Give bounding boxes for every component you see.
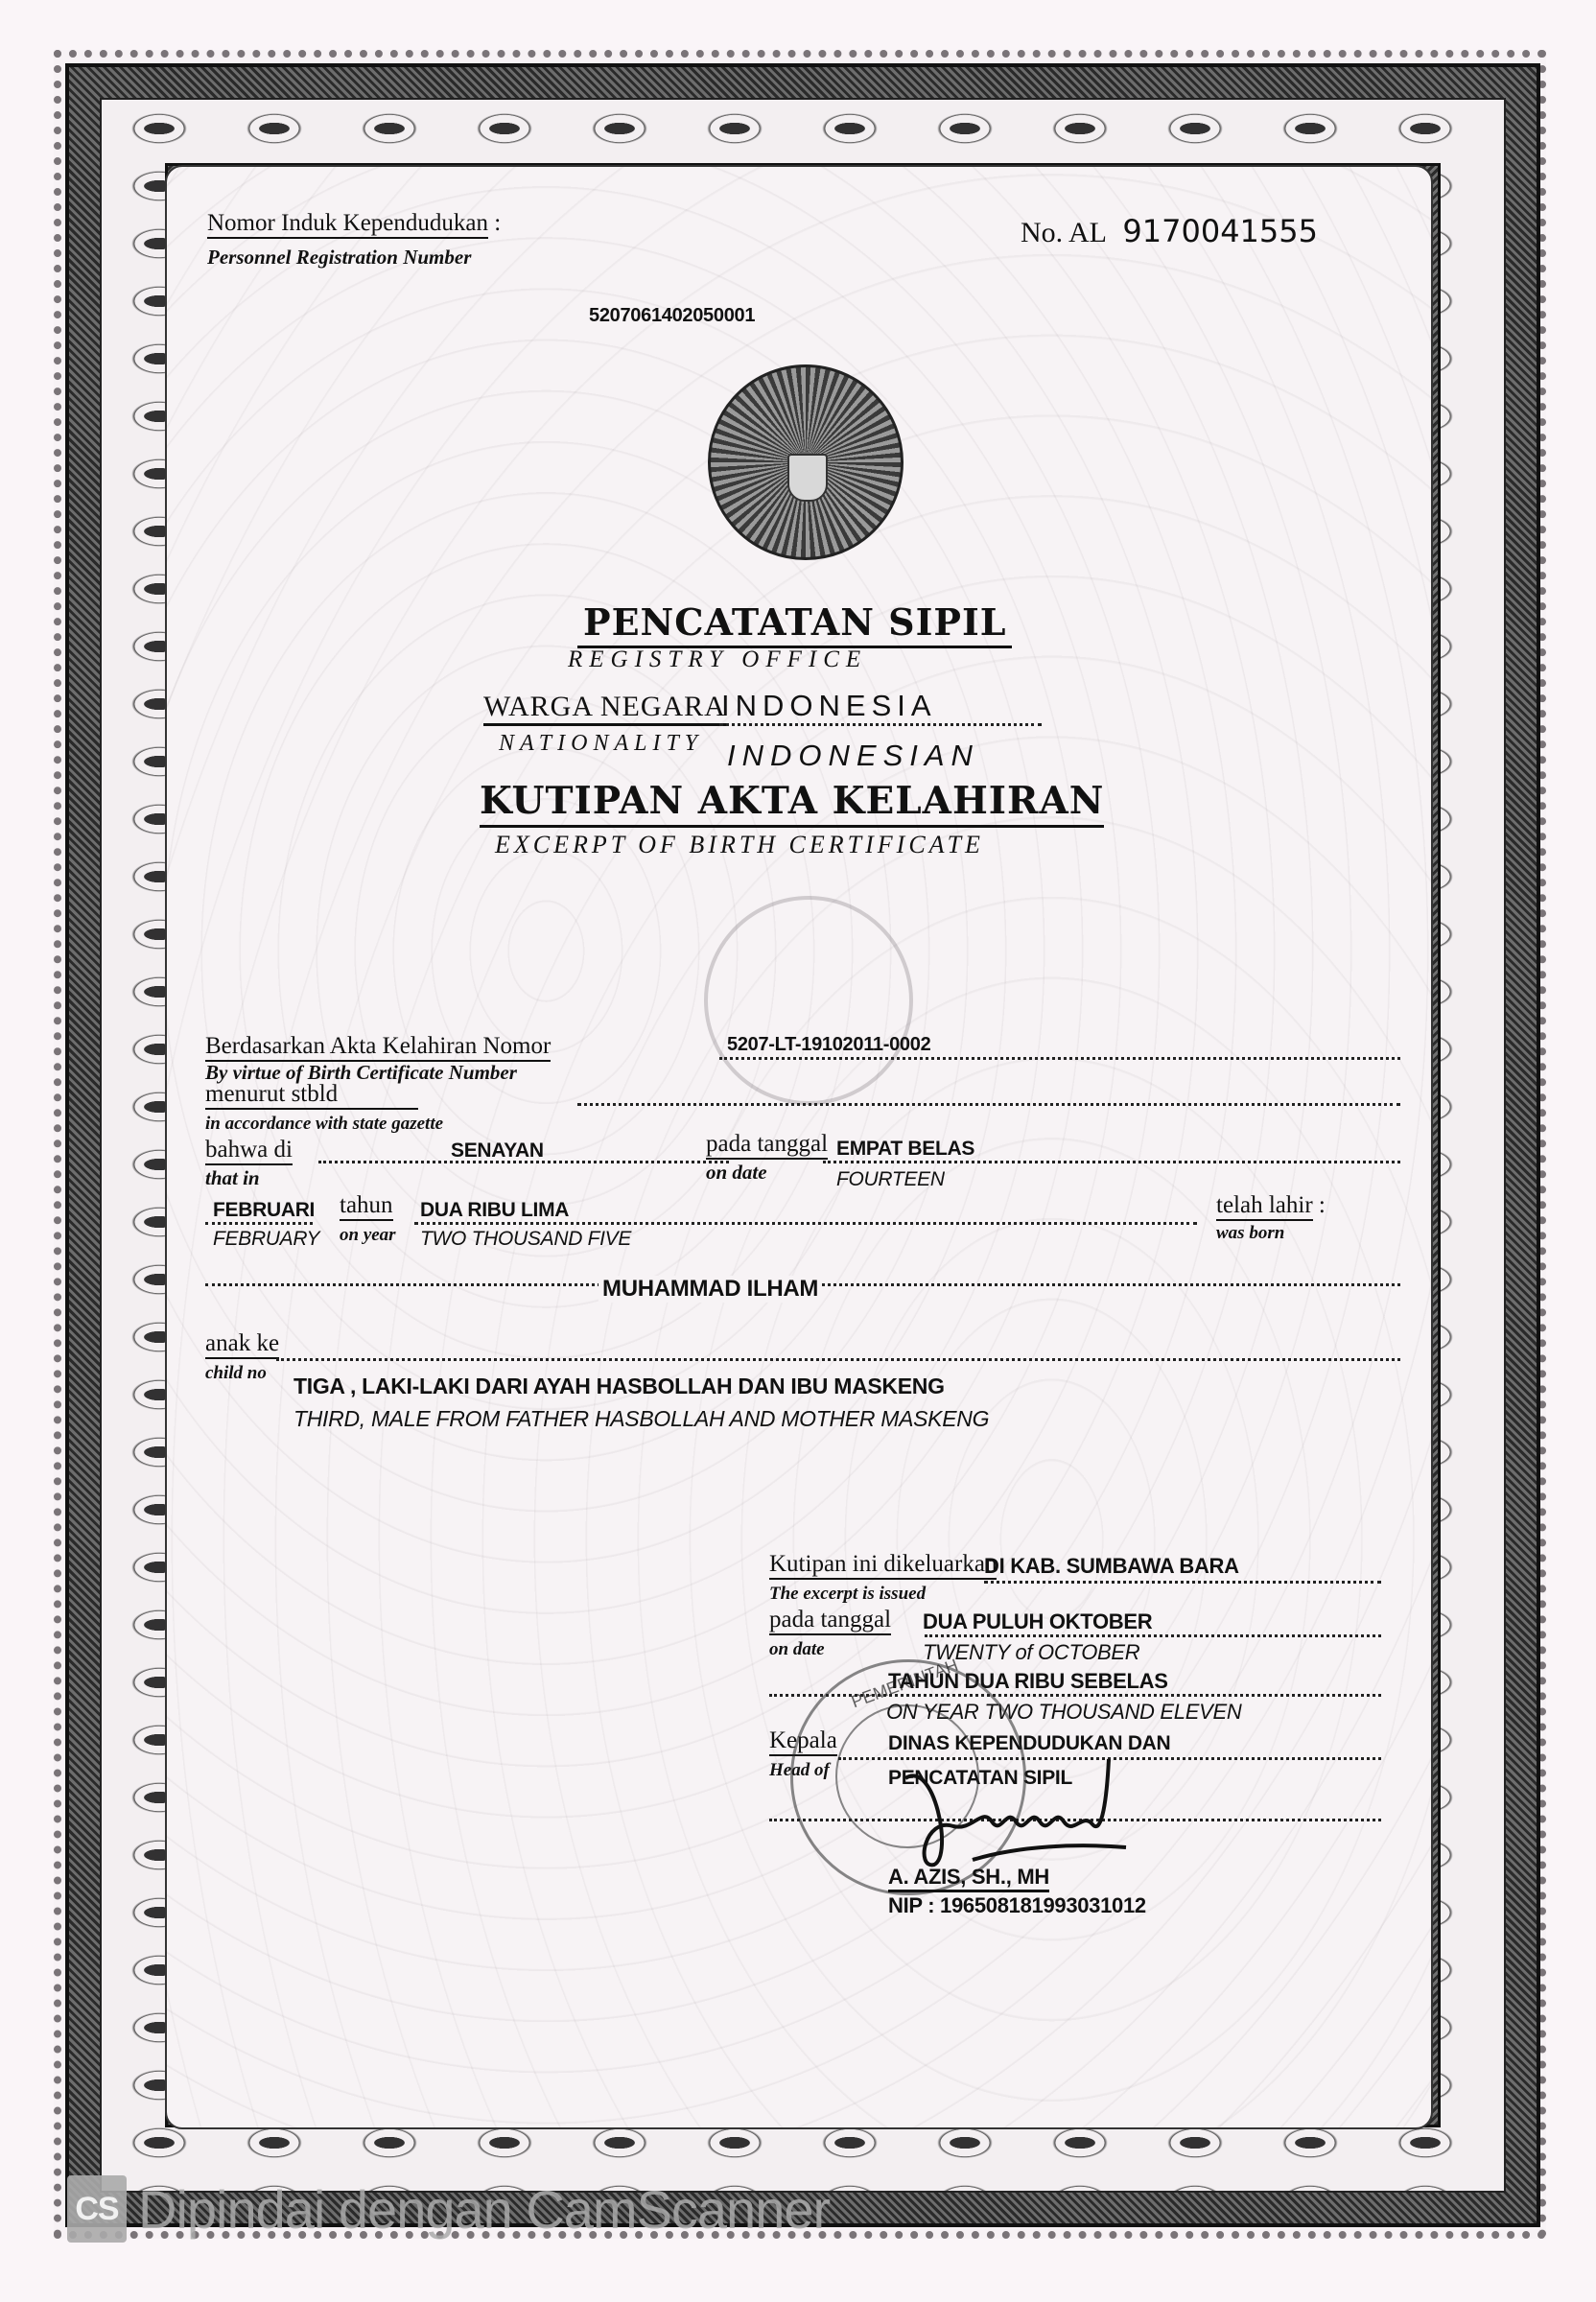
serial-value: 9170041555 [1122,213,1318,249]
issued-label: Kutipan ini dikeluarkan [769,1552,997,1576]
official-name: A. AZIS, SH., MH [888,1865,1049,1892]
issued-value: DI KAB. SUMBAWA BARA [984,1554,1239,1579]
stbld-label-en: in accordance with state gazette [205,1115,443,1133]
nationality-dotline [719,723,1042,726]
stbld-dotline [577,1103,1400,1106]
place-value: SENAYAN [451,1139,544,1163]
camscanner-watermark-text: Dipindai dengan CamScanner [138,2178,830,2241]
born-label-en: was born [1216,1224,1284,1242]
issued-dotline [984,1581,1381,1584]
month-dotline [205,1222,313,1225]
camscanner-logo-icon: CS [67,2175,127,2243]
year-label: tahun [340,1193,393,1217]
month-value: FEBRUARI [213,1199,315,1222]
shield-icon [787,454,828,502]
issue-date-label: pada tanggal [769,1608,891,1632]
child-no-dotline [276,1358,1400,1361]
nationality-label: WARGA NEGARA [483,691,726,726]
year-label-text: tahun [340,1192,393,1221]
child-no-label: anak ke [205,1331,279,1355]
camscanner-watermark: CS Dipindai dengan CamScanner [67,2175,830,2243]
date-value: EMPAT BELAS [836,1138,974,1161]
nationality-label-en: NATIONALITY [499,731,703,757]
nationality-value-en: INDONESIAN [727,739,979,773]
office-title-en: REGISTRY OFFICE [568,646,867,673]
nik-label-en: Personnel Registration Number [207,247,471,268]
year-label-en: on year [340,1226,396,1244]
place-dotline [318,1161,729,1163]
nik-value: 5207061402050001 [589,305,755,327]
place-label: bahwa di [205,1138,293,1162]
child-no-value: TIGA , LAKI-LAKI DARI AYAH HASBOLLAH DAN… [293,1374,945,1399]
date-value-en: FOURTEEN [836,1168,945,1191]
cert-number-value: 5207-LT-19102011-0002 [727,1034,930,1056]
issued-label-en: The excerpt is issued [769,1585,926,1603]
child-no-value-en: THIRD, MALE FROM FATHER HASBOLLAH AND MO… [293,1406,989,1432]
document-title: KUTIPAN AKTA KELAHIRAN [480,779,1104,828]
child-name: MUHAMMAD ILHAM [598,1276,822,1303]
born-colon: : [1319,1192,1326,1218]
issue-date-value: DUA PULUH OKTOBER [923,1609,1152,1634]
signature [896,1740,1145,1884]
garuda-emblem-icon [708,364,904,560]
certificate-body: Nomor Induk Kependudukan : Personnel Reg… [165,165,1433,2129]
official-nip: NIP : 196508181993031012 [888,1893,1146,1918]
date-label: pada tanggal [706,1132,828,1156]
child-no-label-en: child no [205,1364,267,1382]
year-dotline [414,1222,1197,1225]
cert-number-label: Berdasarkan Akta Kelahiran Nomor [205,1034,551,1058]
date-label-text: pada tanggal [706,1131,828,1160]
place-label-text: bahwa di [205,1137,293,1165]
serial-prefix: No. AL [1021,217,1106,248]
cert-number-dotline [719,1057,1400,1060]
nik-label: Nomor Induk Kependudukan : [207,211,501,235]
issue-date-dotline [925,1634,1381,1637]
issue-date-label-en: on date [769,1640,825,1658]
born-label-text: telah lahir [1216,1192,1313,1221]
document-title-en: EXCERPT OF BIRTH CERTIFICATE [495,831,984,859]
issue-date-label-text: pada tanggal [769,1607,891,1635]
year-value-en: TWO THOUSAND FIVE [420,1228,631,1251]
nationality-value: INDONESIA [721,689,937,723]
stbld-label: menurut stbld [205,1082,418,1106]
serial-number: No. AL 9170041555 [1021,213,1318,249]
cert-number-label-text: Berdasarkan Akta Kelahiran Nomor [205,1033,551,1062]
place-label-en: that in [205,1168,260,1188]
date-dotline [823,1161,1400,1163]
cert-number-label-en: By virtue of Birth Certificate Number [205,1063,517,1083]
nik-colon: : [494,210,501,236]
stbld-label-text: menurut stbld [205,1081,418,1110]
date-label-en: on date [706,1163,767,1183]
born-label: telah lahir : [1216,1193,1326,1217]
month-value-en: FEBRUARY [213,1228,319,1251]
office-title: PENCATATAN SIPIL [577,600,1012,648]
faint-stamp [704,896,913,1105]
issued-label-text: Kutipan ini dikeluarkan [769,1551,997,1580]
year-value: DUA RIBU LIMA [420,1199,569,1222]
nik-label-text: Nomor Induk Kependudukan [207,210,488,239]
child-no-label-text: anak ke [205,1330,279,1359]
